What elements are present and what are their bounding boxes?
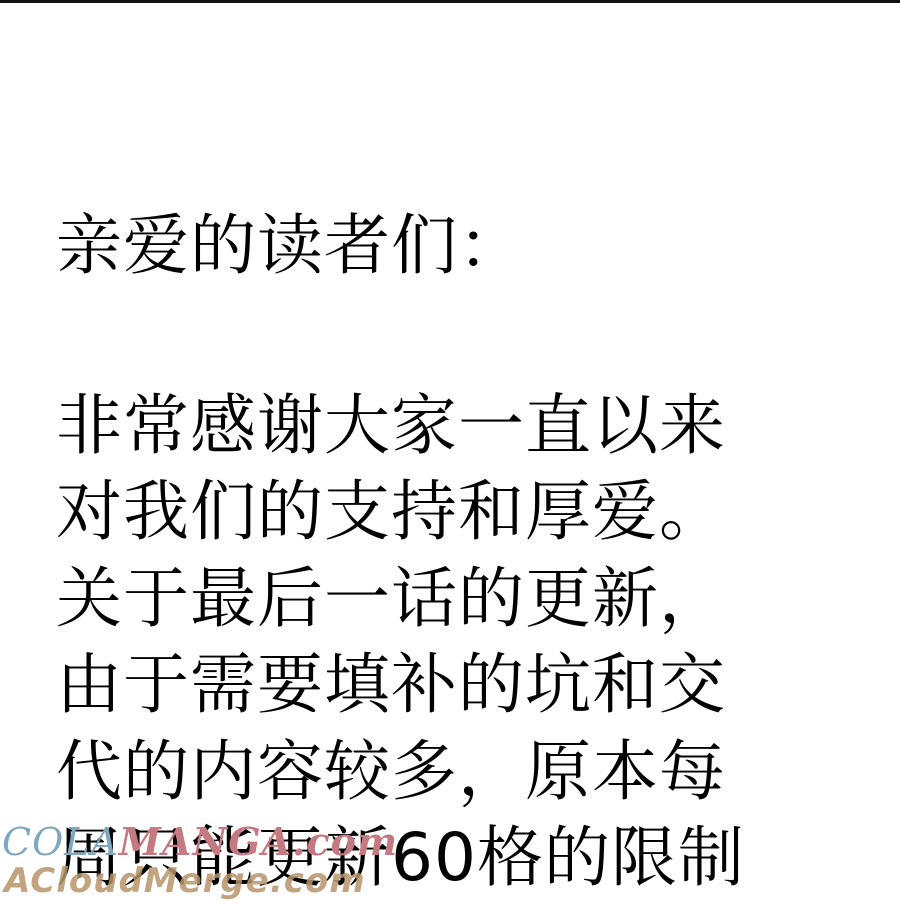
letter-line: 非常感谢大家一直以来 [56, 386, 726, 466]
letter-line: 代的内容较多，原本每 [56, 732, 726, 812]
letter-line: 周只能更新60格的限制 [56, 818, 745, 898]
letter-line: 对我们的支持和厚爱。 [56, 472, 726, 552]
letter-greeting: 亲爱的读者们： [56, 206, 525, 286]
letter-line: 关于最后一话的更新， [56, 559, 726, 639]
letter-line: 由于需要填补的坑和交 [56, 645, 726, 725]
letter-page: 亲爱的读者们： 非常感谢大家一直以来 对我们的支持和厚爱。 关于最后一话的更新，… [0, 0, 900, 909]
